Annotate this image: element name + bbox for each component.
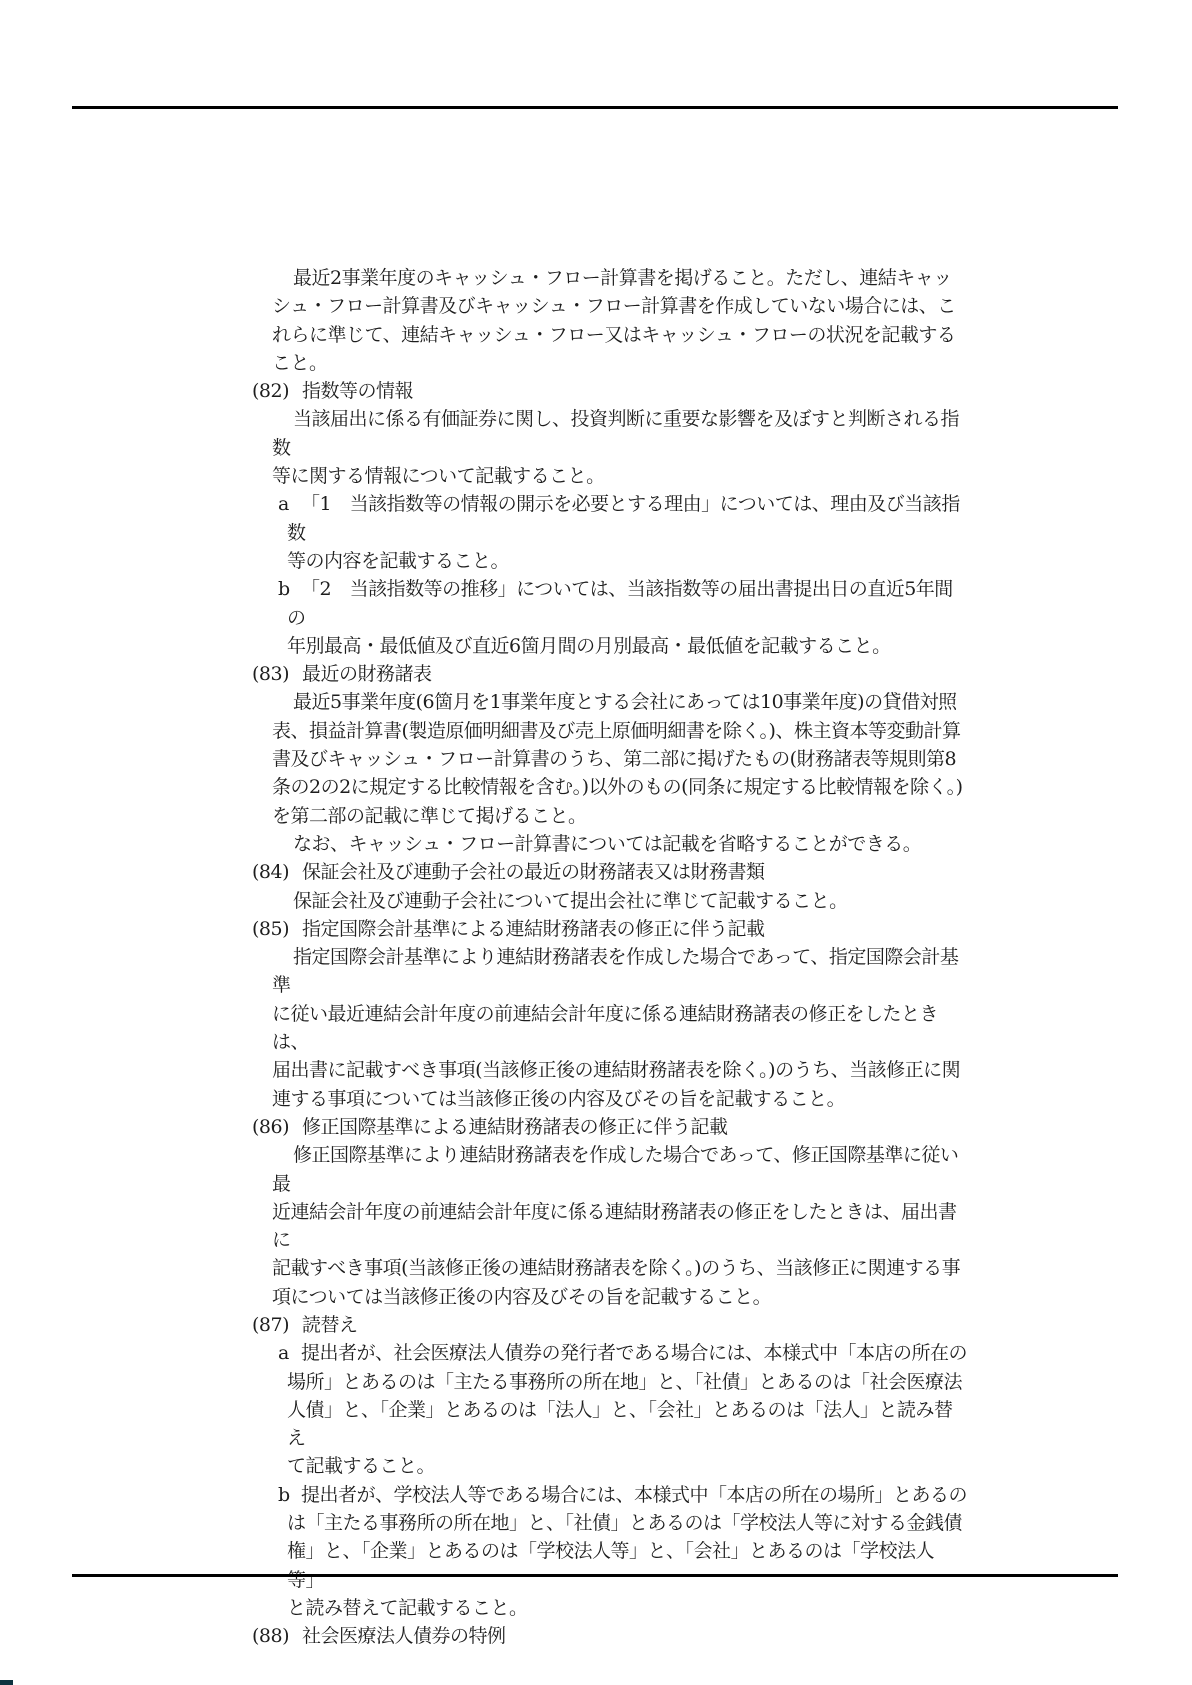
paragraph-82-body: 当該届出に係る有価証券に関し、投資判断に重要な影響を及ぼすと判断される指数 等に… xyxy=(272,405,968,490)
paragraph-cashflow-continuation: 最近2事業年度のキャッシュ・フロー計算書を掲げること。ただし、連結キャッ シュ・… xyxy=(272,264,968,377)
subitem-marker: a xyxy=(278,1339,289,1367)
subitem-text: 「2 当該指数等の推移」については、当該指数等の届出書提出日の直近5年間の 年別… xyxy=(287,575,968,660)
item-heading-83: (83)最近の財務諸表 xyxy=(252,660,968,688)
item-87-sub-b: b 提出者が、学校法人等である場合には、本様式中「本店の所在の場所」とあるの は… xyxy=(252,1481,968,1622)
item-number: (83) xyxy=(252,660,302,688)
scan-artifact-mark xyxy=(0,1680,13,1685)
item-heading-86: (86)修正国際基準による連結財務諸表の修正に伴う記載 xyxy=(252,1113,968,1141)
subitem-text: 「1 当該指数等の情報の開示を必要とする理由」については、理由及び当該指数 等の… xyxy=(287,490,968,575)
item-number: (85) xyxy=(252,915,302,943)
item-82-sub-a: a 「1 当該指数等の情報の開示を必要とする理由」については、理由及び当該指数 … xyxy=(252,490,968,575)
item-82-sub-b: b 「2 当該指数等の推移」については、当該指数等の届出書提出日の直近5年間の … xyxy=(252,575,968,660)
item-title: 指定国際会計基準による連結財務諸表の修正に伴う記載 xyxy=(302,918,765,940)
item-heading-88: (88)社会医療法人債券の特例 xyxy=(252,1622,968,1650)
item-number: (84) xyxy=(252,858,302,886)
subitem-marker: b xyxy=(278,575,290,603)
item-number: (87) xyxy=(252,1311,302,1339)
paragraph-85-body: 指定国際会計基準により連結財務諸表を作成した場合であって、指定国際会計基準 に従… xyxy=(272,943,968,1113)
subitem-text: 提出者が、学校法人等である場合には、本様式中「本店の所在の場所」とあるの は「主… xyxy=(287,1481,968,1622)
paragraph-83-note: なお、キャッシュ・フロー計算書については記載を省略することができる。 xyxy=(272,830,968,858)
item-title: 読替え xyxy=(302,1314,358,1336)
item-title: 社会医療法人債券の特例 xyxy=(302,1625,506,1647)
item-heading-84: (84)保証会社及び連動子会社の最近の財務諸表又は財務書類 xyxy=(252,858,968,886)
subitem-marker: a xyxy=(278,490,289,518)
item-heading-82: (82)指数等の情報 xyxy=(252,377,968,405)
item-title: 最近の財務諸表 xyxy=(302,663,432,685)
document-page: { "content": { "blocks": [ { "type": "pa… xyxy=(0,0,1192,1685)
item-heading-87: (87)読替え xyxy=(252,1311,968,1339)
item-87-sub-a: a 提出者が、社会医療法人債券の発行者である場合には、本様式中「本店の所在の 場… xyxy=(252,1339,968,1480)
page-bottom-rule xyxy=(72,1574,1118,1577)
item-number: (86) xyxy=(252,1113,302,1141)
paragraph-86-body: 修正国際基準により連結財務諸表を作成した場合であって、修正国際基準に従い最 近連… xyxy=(272,1141,968,1311)
paragraph-83-body: 最近5事業年度(6箇月を1事業年度とする会社にあっては10事業年度)の貸借対照 … xyxy=(272,688,968,829)
subitem-marker: b xyxy=(278,1481,290,1509)
item-title: 修正国際基準による連結財務諸表の修正に伴う記載 xyxy=(302,1116,728,1138)
page-top-rule xyxy=(72,106,1118,109)
item-title: 保証会社及び連動子会社の最近の財務諸表又は財務書類 xyxy=(302,861,765,883)
item-number: (88) xyxy=(252,1622,302,1650)
paragraph-84-body: 保証会社及び連動子会社について提出会社に準じて記載すること。 xyxy=(272,887,968,915)
document-body: 最近2事業年度のキャッシュ・フロー計算書を掲げること。ただし、連結キャッ シュ・… xyxy=(252,264,968,1651)
item-title: 指数等の情報 xyxy=(302,380,413,402)
item-number: (82) xyxy=(252,377,302,405)
item-heading-85: (85)指定国際会計基準による連結財務諸表の修正に伴う記載 xyxy=(252,915,968,943)
subitem-text: 提出者が、社会医療法人債券の発行者である場合には、本様式中「本店の所在の 場所」… xyxy=(287,1339,968,1480)
